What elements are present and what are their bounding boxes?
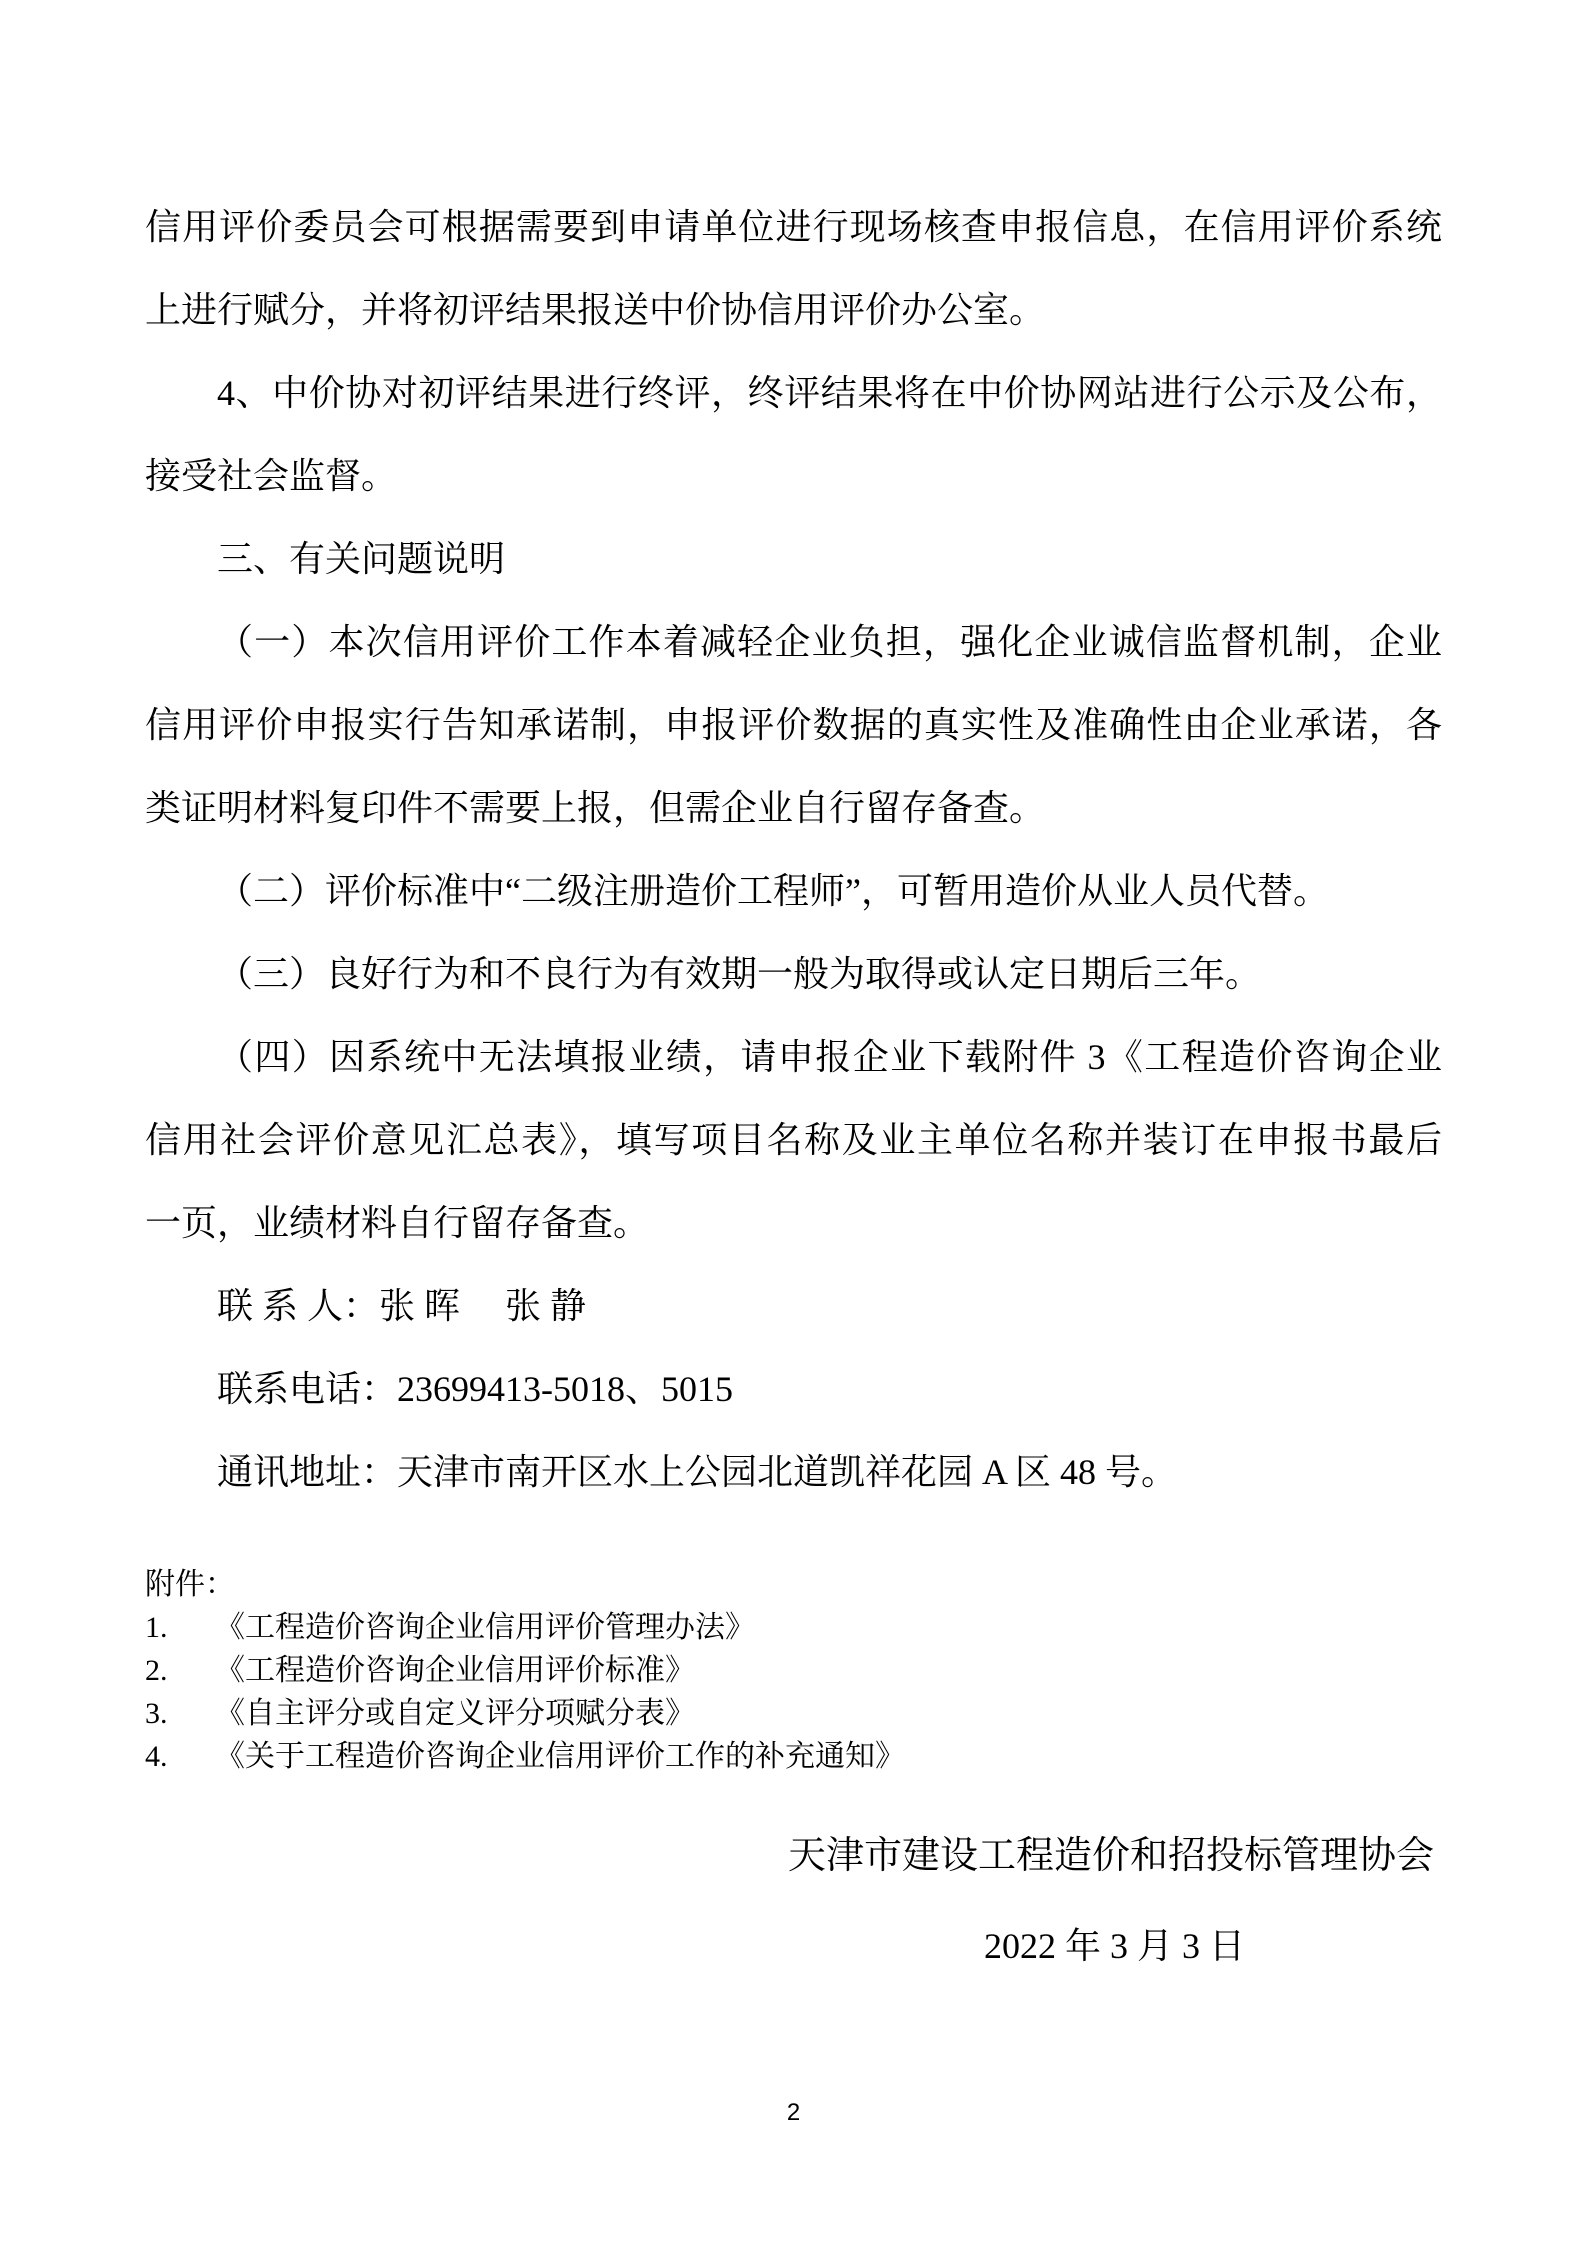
attachment-item: 2. 《工程造价咨询企业信用评价标准》	[145, 1649, 1442, 1692]
body-line: 一页，业绩材料自行留存备查。	[145, 1182, 1442, 1265]
attachment-item: 3. 《自主评分或自定义评分项赋分表》	[145, 1692, 1442, 1735]
section-heading: 三、有关问题说明	[145, 518, 1442, 601]
page-number: 2	[0, 2098, 1587, 2128]
contact-address-line: 通讯地址：天津市南开区水上公园北道凯祥花园 A 区 48 号。	[145, 1431, 1442, 1514]
document-body: 信用评价委员会可根据需要到申请单位进行现场核查申报信息，在信用评价系统 上进行赋…	[0, 0, 1587, 1971]
body-line: 类证明材料复印件不需要上报，但需企业自行留存备查。	[145, 767, 1442, 850]
attachment-number: 4.	[145, 1735, 215, 1778]
attachment-title: 《工程造价咨询企业信用评价管理办法》	[215, 1606, 1442, 1649]
body-line: （三）良好行为和不良行为有效期一般为取得或认定日期后三年。	[145, 933, 1442, 1016]
document-page: 信用评价委员会可根据需要到申请单位进行现场核查申报信息，在信用评价系统 上进行赋…	[0, 0, 1587, 2245]
signature-date: 2022 年 3 月 3 日	[145, 1921, 1442, 1971]
attachment-title: 《自主评分或自定义评分项赋分表》	[215, 1692, 1442, 1735]
body-line: （四）因系统中无法填报业绩，请申报企业下载附件 3《工程造价咨询企业	[145, 1016, 1442, 1099]
body-line: （一）本次信用评价工作本着减轻企业负担，强化企业诚信监督机制，企业	[145, 601, 1442, 684]
body-line: 4、中价协对初评结果进行终评，终评结果将在中价协网站进行公示及公布，	[145, 352, 1442, 435]
body-line: 信用评价申报实行告知承诺制，申报评价数据的真实性及准确性由企业承诺，各	[145, 684, 1442, 767]
body-line: 信用评价委员会可根据需要到申请单位进行现场核查申报信息，在信用评价系统	[145, 186, 1442, 269]
attachment-title: 《关于工程造价咨询企业信用评价工作的补充通知》	[215, 1735, 1442, 1778]
attachment-item: 1. 《工程造价咨询企业信用评价管理办法》	[145, 1606, 1442, 1649]
contact-phone-line: 联系电话：23699413-5018、5015	[145, 1348, 1442, 1431]
body-line: 信用社会评价意见汇总表》，填写项目名称及业主单位名称并装订在申报书最后	[145, 1099, 1442, 1182]
attachment-number: 3.	[145, 1692, 215, 1735]
attachment-title: 《工程造价咨询企业信用评价标准》	[215, 1649, 1442, 1692]
body-line: 上进行赋分，并将初评结果报送中价协信用评价办公室。	[145, 269, 1442, 352]
attachment-number: 2.	[145, 1649, 215, 1692]
body-line: 接受社会监督。	[145, 435, 1442, 518]
body-line: （二）评价标准中“二级注册造价工程师”，可暂用造价从业人员代替。	[145, 850, 1442, 933]
signature-organization: 天津市建设工程造价和招投标管理协会	[145, 1831, 1442, 1881]
attachment-number: 1.	[145, 1606, 215, 1649]
attachments-label: 附件：	[145, 1563, 1442, 1606]
attachment-item: 4. 《关于工程造价咨询企业信用评价工作的补充通知》	[145, 1735, 1442, 1778]
contact-person-line: 联 系 人：张 晖 张 静	[145, 1265, 1442, 1348]
attachments-section: 附件： 1. 《工程造价咨询企业信用评价管理办法》 2. 《工程造价咨询企业信用…	[145, 1563, 1442, 1778]
